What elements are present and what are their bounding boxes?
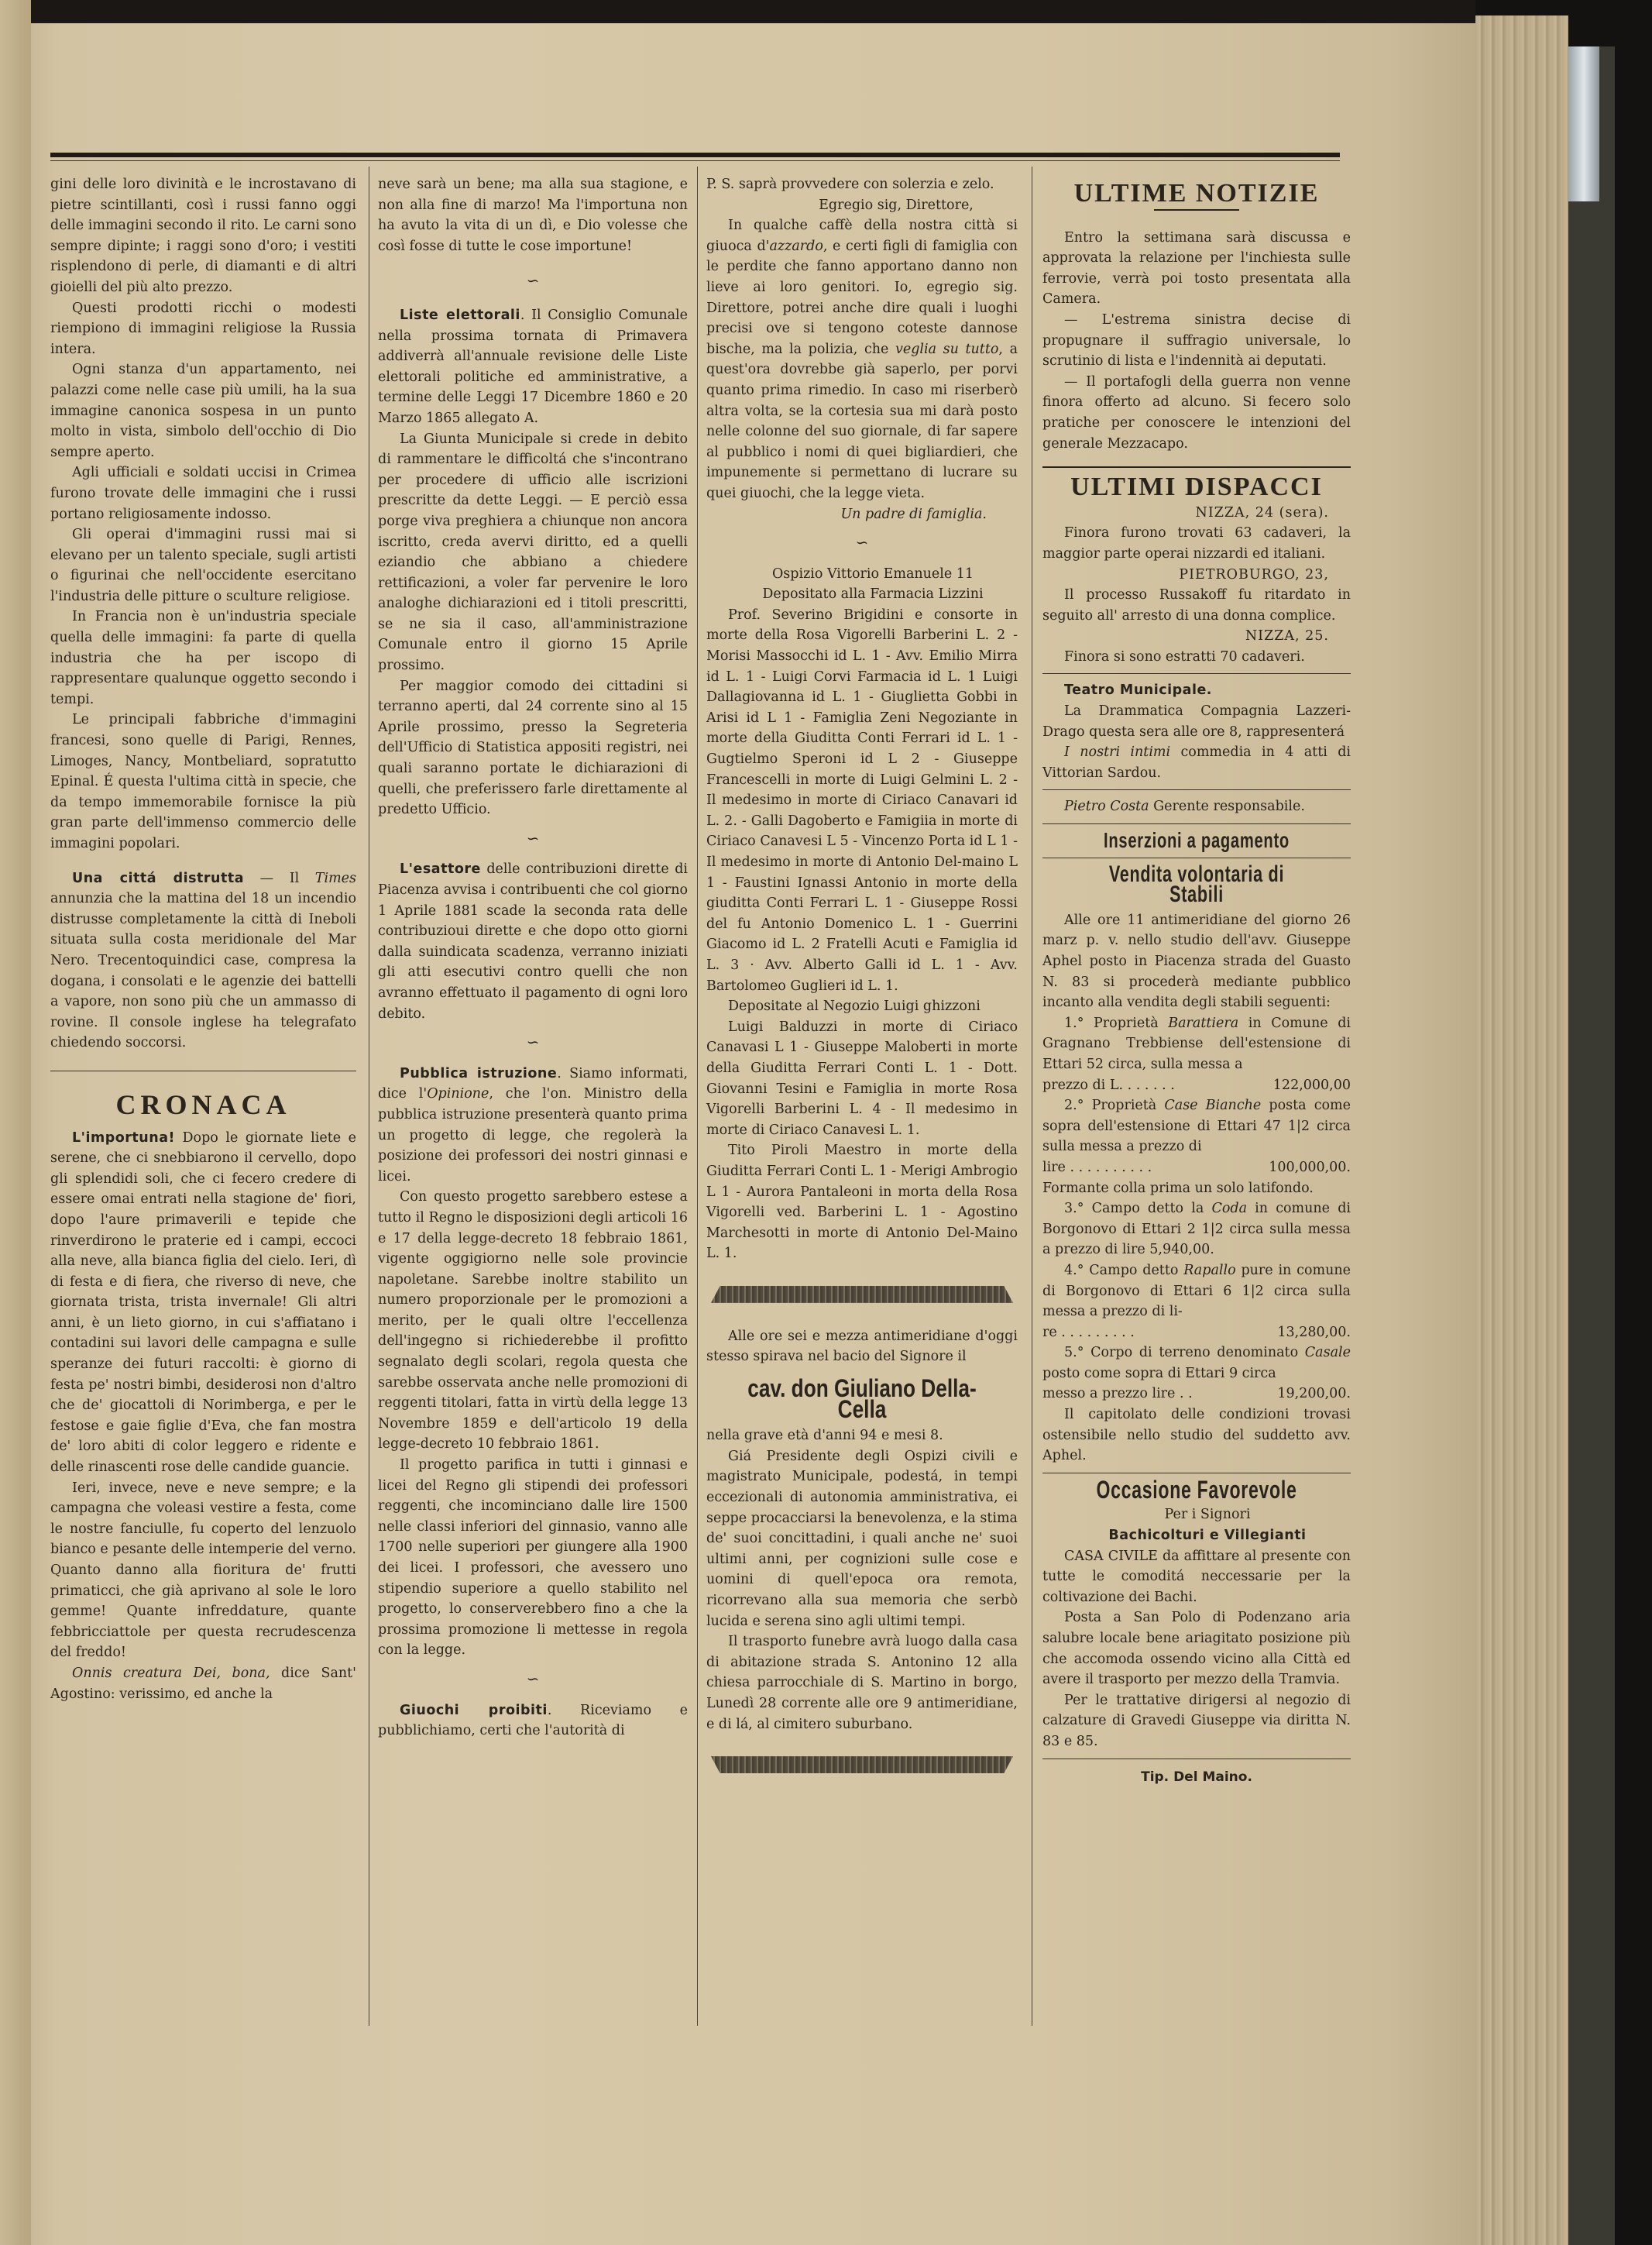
letter-signature: Un padre di famiglia.	[706, 504, 1018, 525]
lot-price: 19,200,00.	[1277, 1384, 1351, 1404]
article-paragraph: neve sarà un bene; ma alla sua stagione,…	[378, 174, 688, 256]
ad-text: CASA CIVILE da affittare al presente con…	[1042, 1546, 1351, 1608]
article-paragraph: P. S. saprà provvedere con solerzia e ze…	[706, 174, 1018, 195]
lot-text: Proprietà	[1084, 1016, 1168, 1031]
emphasis: azzardo	[769, 239, 823, 254]
lot-price-line: lire . . . . . . . . . .100,000,00.	[1042, 1157, 1351, 1178]
article-pubblica-istruzione: Pubblica istruzione. Siamo informati, di…	[378, 1064, 688, 1188]
article-heading: Teatro Municipale.	[1064, 682, 1212, 698]
column-divider	[697, 167, 698, 2026]
section-rule	[1042, 1759, 1351, 1759]
article-paragraph: Agli ufficiali e soldati uccisi in Crime…	[50, 462, 356, 524]
article-text: Dopo le giornate liete e serene, che ci …	[50, 1130, 356, 1476]
article-text: — Il	[244, 871, 315, 886]
article-paragraph: Per maggior comodo dei cittadini si terr…	[378, 676, 688, 820]
lot-price-line: messo a prezzo lire . .19,200,00.	[1042, 1384, 1351, 1404]
section-rule	[1042, 1473, 1351, 1473]
lot-name: Case Bianche	[1164, 1098, 1261, 1113]
obituary-intro: Alle ore sei e mezza antimeridiane d'ogg…	[706, 1326, 1018, 1367]
dispatch-dateline: NIZZA, 25.	[1042, 626, 1351, 647]
lot-text: Proprietà	[1084, 1098, 1164, 1113]
letter-body: In qualche caffè della nostra città si g…	[706, 215, 1018, 504]
article-esattore: L'esattore delle contribuzioni dirette d…	[378, 859, 688, 1024]
lot-name: Rapallo	[1183, 1263, 1235, 1278]
gerente-line: Pietro Costa Gerente responsabile.	[1042, 796, 1351, 817]
lot-item: 2.° Proprietà Case Bianche posta come so…	[1042, 1095, 1351, 1157]
obituary-bio: Giá Presidente degli Ospizi civili e mag…	[706, 1446, 1018, 1631]
lot-price: 122,000,00	[1273, 1075, 1351, 1096]
fleuron-ornament: ∽	[706, 532, 1018, 553]
lot-price-label: messo a prezzo lire . .	[1042, 1384, 1193, 1404]
column-4: ULTIME NOTIZIE Entro la settimana sarà d…	[1042, 174, 1351, 1787]
lot-price-line: re . . . . . . . . .13,280,00.	[1042, 1322, 1351, 1343]
lot-number: 1.°	[1064, 1016, 1084, 1031]
article-paragraph: Le principali fabbriche d'immagini franc…	[50, 710, 356, 854]
ad-text: Alle ore 11 antimeridiane del giorno 26 …	[1042, 910, 1351, 1013]
lot-number: 4.°	[1064, 1263, 1084, 1278]
ad-title-vendita: Vendita volontaria di Stabili	[1086, 865, 1308, 906]
obituary-name: cav. don Giuliano Della-Cella	[734, 1378, 990, 1419]
article-heading: Giuochi proibiti	[400, 1703, 548, 1718]
lot-item: 5.° Corpo di terreno denominato Casale p…	[1042, 1343, 1351, 1384]
section-rule	[1042, 789, 1351, 790]
lot-text: Campo detto la	[1084, 1201, 1211, 1216]
article-paragraph: gini delle loro divinità e le incrostava…	[50, 174, 356, 298]
article-heading: Pubblica istruzione	[400, 1066, 557, 1081]
section-title-cronaca: CRONACA	[50, 1095, 356, 1116]
column-3: P. S. saprà provvedere con solerzia e ze…	[706, 174, 1018, 1773]
article-paragraph: Con questo progetto sarebbero estese a t…	[378, 1187, 688, 1455]
section-rule	[1042, 823, 1351, 824]
gerente-name: Pietro Costa	[1064, 799, 1149, 814]
article-text: annunzia che la mattina del 18 un incend…	[50, 891, 356, 1050]
letter-salutation: Egregio sig, Direttore,	[706, 195, 1018, 216]
lot-price-line: prezzo di L. . . . . . .122,000,00	[1042, 1075, 1351, 1096]
article-text: , a quest'ora dovrebbe già saperlo, per …	[706, 342, 1018, 501]
lot-number: 5.°	[1064, 1345, 1084, 1360]
article-citta-distrutta: Una cittá distrutta — Il Times annunzia …	[50, 868, 356, 1054]
lot-item: 4.° Campo detto Rapallo pure in comune d…	[1042, 1260, 1351, 1322]
article-heading: Liste elettorali	[400, 308, 520, 323]
section-title-inserzioni: Inserzioni a pagamento	[1086, 830, 1308, 851]
article-paragraph: Ieri, invece, neve e neve sempre; e la c…	[50, 1478, 356, 1663]
ad-subtitle: Per i Signori	[1042, 1504, 1351, 1525]
teatro-text: La Drammatica Compagnia Lazzeri-Drago qu…	[1042, 701, 1351, 742]
lot-number: 3.°	[1064, 1201, 1084, 1216]
donations-list: Luigi Balduzzi in morte di Ciriaco Canav…	[706, 1017, 1018, 1141]
lot-note: Formante colla prima un solo latifondo.	[1042, 1178, 1351, 1199]
article-text: , e certi figli di famiglia con le perdi…	[706, 239, 1018, 357]
ad-text: Il capitolato delle condizioni trovasi o…	[1042, 1404, 1351, 1466]
fleuron-ornament: ∽	[378, 1669, 688, 1690]
article-heading: L'esattore	[400, 861, 481, 877]
section-title-ultimi-dispacci: ULTIMI DISPACCI	[1042, 477, 1351, 498]
article-paragraph: Gli operai d'immagini russi mai si eleva…	[50, 524, 356, 607]
article-paragraph: Il progetto parifica in tutti i ginnasi …	[378, 1455, 688, 1661]
ad-text: Per le trattative dirigersi al negozio d…	[1042, 1690, 1351, 1752]
news-item: Entro la settimana sarà discussa e appro…	[1042, 228, 1351, 310]
article-paragraph: Questi prodotti ricchi o modesti riempio…	[50, 298, 356, 360]
dispatch-text: Finora si sono estratti 70 cadaveri.	[1042, 647, 1351, 668]
lot-price-label: prezzo di L. . . . . . .	[1042, 1075, 1175, 1096]
column-divider	[1032, 167, 1032, 2026]
fleuron-ornament: ∽	[378, 270, 688, 291]
fleuron-ornament: ∽	[378, 828, 688, 849]
article-paragraph: In Francia non è un'industria speciale q…	[50, 607, 356, 710]
article-text: delle contribuzioni dirette di Piacenza …	[378, 861, 688, 1021]
lot-number: 2.°	[1064, 1098, 1084, 1113]
article-heading: L'importuna!	[72, 1130, 175, 1146]
news-item: — Il portafogli della guerra non venne f…	[1042, 372, 1351, 454]
article-giuochi-proibiti: Giuochi proibiti. Riceviamo e pubblichia…	[378, 1700, 688, 1741]
masthead-rule	[50, 153, 1340, 157]
lot-price: 100,000,00.	[1269, 1157, 1351, 1178]
article-paragraph: Ogni stanza d'un appartamento, nei palaz…	[50, 359, 356, 462]
obituary-age: nella grave età d'anni 94 e mesi 8.	[706, 1425, 1018, 1446]
lot-price: 13,280,00.	[1277, 1322, 1351, 1343]
donations-list: Tito Piroli Maestro in morte della Giudi…	[706, 1140, 1018, 1264]
lot-name: Casale	[1305, 1345, 1351, 1360]
ad-title-occasione: Occasione Favorevole	[1086, 1480, 1308, 1501]
section-rule	[1042, 673, 1351, 674]
dispatch-text: Il processo Russakoff fu ritardato in se…	[1042, 585, 1351, 626]
dispatch-dateline: NIZZA, 24 (sera).	[1042, 503, 1351, 524]
latin-quote: Onnis creatura Dei, bona,	[72, 1666, 270, 1681]
mourning-border-bottom	[711, 1756, 1013, 1773]
lot-price-label: re . . . . . . . . .	[1042, 1322, 1135, 1343]
donations-list: Prof. Severino Brigidini e consorte in m…	[706, 605, 1018, 996]
book-fore-edge	[1475, 15, 1568, 2245]
ad-text: Posta a San Polo di Podenzano aria salub…	[1042, 1607, 1351, 1690]
article-liste-elettorali: Liste elettorali. Il Consiglio Comunale …	[378, 305, 688, 429]
section-rule	[50, 1071, 356, 1071]
lot-name: Coda	[1211, 1201, 1247, 1216]
news-item: — L'estrema sinistra decise di propugnar…	[1042, 310, 1351, 372]
title-underline	[1154, 209, 1239, 211]
book-binding	[1568, 46, 1615, 2245]
donations-subtitle: Depositato alla Farmacia Lizzini	[706, 584, 1018, 605]
gerente-role: Gerente responsabile.	[1149, 799, 1305, 814]
lot-item: 3.° Campo detto la Coda in comune di Bor…	[1042, 1198, 1351, 1260]
lot-name: Barattiera	[1168, 1016, 1238, 1031]
article-heading: Una cittá distrutta	[72, 871, 244, 886]
section-rule	[1042, 466, 1351, 468]
binding-clip	[1568, 46, 1599, 201]
column-divider	[369, 167, 369, 2026]
article-text: . Il Consiglio Comunale nella prossima t…	[378, 308, 688, 426]
masthead-rule-thin	[50, 160, 1340, 161]
section-rule	[1042, 858, 1351, 858]
ad-subtitle: Bachicolturi e Villegianti	[1042, 1525, 1351, 1546]
column-1: gini delle loro divinità e le incrostava…	[50, 174, 356, 1704]
section-title-ultime-notizie: ULTIME NOTIZIE	[1042, 184, 1351, 205]
teatro-heading: Teatro Municipale.	[1042, 680, 1351, 701]
article-importuna: L'importuna! Dopo le giornate liete e se…	[50, 1128, 356, 1478]
donations-title: Ospizio Vittorio Emanuele 11	[706, 564, 1018, 585]
source-name: Opinione	[427, 1086, 489, 1102]
article-paragraph: Onnis creatura Dei, bona, dice Sant' Ago…	[50, 1663, 356, 1704]
dispatch-text: Finora furono trovati 63 cadaveri, la ma…	[1042, 523, 1351, 564]
lot-item: 1.° Proprietà Barattiera in Comune di Gr…	[1042, 1013, 1351, 1075]
column-2: neve sarà un bene; ma alla sua stagione,…	[378, 174, 688, 1741]
article-paragraph: La Giunta Municipale si crede in debito …	[378, 429, 688, 676]
lot-price-label: lire . . . . . . . . . .	[1042, 1157, 1152, 1178]
teatro-play: I nostri intimi commedia in 4 atti di Vi…	[1042, 742, 1351, 783]
book-gutter	[0, 0, 31, 2245]
lot-text: Corpo di terreno denominato	[1084, 1345, 1304, 1360]
fleuron-ornament: ∽	[378, 1032, 688, 1053]
source-name: Times	[315, 871, 356, 886]
play-title: I nostri intimi	[1064, 744, 1170, 760]
printer-imprint: Tip. Del Maino.	[1042, 1767, 1351, 1788]
lot-text: posto come sopra di Ettari 9 circa	[1042, 1366, 1276, 1381]
dispatch-dateline: PIETROBURGO, 23,	[1042, 565, 1351, 586]
emphasis: veglia su tutto	[895, 342, 998, 357]
lot-text: Campo detto	[1084, 1263, 1183, 1278]
obituary-funeral: Il trasporto funebre avrà luogo dalla ca…	[706, 1631, 1018, 1734]
mourning-border-top	[711, 1286, 1013, 1303]
donations-subtitle: Depositate al Negozio Luigi ghizzoni	[706, 996, 1018, 1017]
